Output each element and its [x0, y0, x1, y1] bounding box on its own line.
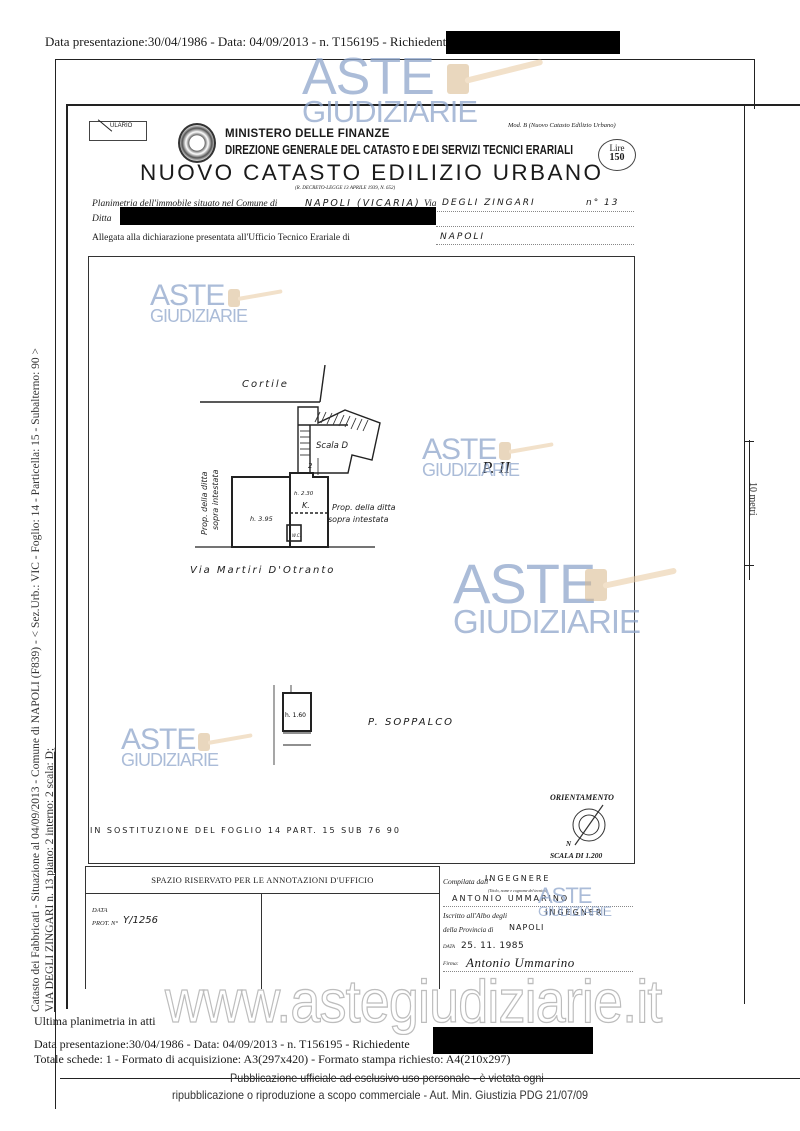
footer-disclaimer2: ripubblicazione o riproduzione a scopo c…	[172, 1088, 588, 1102]
footer-line1: Data presentazione:30/04/1986 - Data: 04…	[34, 1037, 410, 1052]
decree-label: (R. DECRETO-LEGGE 13 APRILE 1939, N. 652…	[295, 186, 395, 191]
scale-label: SCALA DI 1.200	[550, 851, 602, 860]
compiler-name-underline	[443, 906, 633, 907]
prop-left-2: sopra intestata	[211, 469, 220, 530]
civico-value: 13	[604, 198, 619, 208]
watermark-top: ASTE GIUDIZIARIE	[302, 55, 477, 126]
via-value: DEGLI ZINGARI	[442, 198, 536, 208]
ufficio-value: NAPOLI	[440, 232, 485, 242]
prop-left-1: Prop. della ditta	[200, 471, 209, 535]
firma-label: Firma:	[443, 961, 459, 967]
room-k-label: K.	[302, 501, 310, 510]
compiler-note: (Titolo, nome e cognome del tecnico)	[488, 888, 547, 893]
wc-label: W.C.	[292, 533, 301, 538]
soppalco-height: h. 1.60	[285, 712, 306, 719]
cortile-label: Cortile	[242, 379, 289, 390]
ditta-underline	[436, 226, 634, 227]
compass-north: N	[566, 840, 571, 848]
footer-disclaimer1: Pubblicazione ufficiale ad esclusivo uso…	[230, 1071, 544, 1085]
sostituzione-note: IN SOSTITUZIONE DEL FOGLIO 14 PART. 15 S…	[90, 826, 401, 835]
annotations-data-label: DATA	[92, 907, 108, 914]
sheet-border-top	[55, 59, 755, 60]
redacted-requester	[446, 31, 620, 54]
annotations-title: SPAZIO RISERVATO PER LE ANNOTAZIONI D'UF…	[86, 875, 439, 885]
civico-label: n°	[586, 198, 600, 208]
model-label: Mod. B (Nuovo Catasto Edilizio Urbano)	[508, 122, 616, 129]
floor-label: P. II	[482, 458, 510, 478]
prop-right-2: sopra intestata	[328, 515, 389, 524]
price-stamp: Lire 150	[598, 139, 636, 171]
gavel-icon	[445, 60, 555, 120]
footer-ultima: Ultima planimetria in atti	[34, 1014, 156, 1029]
provincia-value: NAPOLI	[509, 923, 544, 932]
directorate-label: DIREZIONE GENERALE DEL CATASTO E DEI SER…	[225, 143, 573, 157]
form-border-right	[744, 104, 745, 1004]
iscritto-label: Iscritto all'Albo degli	[443, 911, 507, 920]
orientamento-label: ORIENTAMENTO	[550, 793, 614, 802]
street-label: Via Martiri D'Otranto	[190, 565, 335, 576]
compiler-name: ANTONIO UMMARINO	[452, 894, 569, 903]
soppalco-label: P. SOPPALCO	[368, 717, 454, 728]
compiler-date: 25. 11. 1985	[461, 941, 524, 951]
compass-icon	[565, 803, 615, 849]
redacted-owner	[120, 207, 436, 225]
header-line: Data presentazione:30/04/1986 - Data: 04…	[45, 34, 452, 50]
provincia-label: della Provincia di	[443, 926, 493, 934]
republic-emblem-icon	[178, 123, 216, 163]
scala-label: Scala D	[316, 441, 349, 451]
room-height-left: h. 3.95	[250, 515, 273, 523]
allegata-underline	[436, 244, 634, 245]
redacted-footer-requester	[433, 1027, 593, 1054]
albo-value: INGEGNERI	[545, 908, 608, 917]
annotations-prot-value: Y/1256	[123, 915, 158, 926]
ruler-tick-bottom	[745, 565, 754, 566]
firma-underline	[443, 971, 633, 972]
side-text-line1: Catasto dei Fabbricati - Situazione al 0…	[30, 348, 42, 1012]
prop-right-1: Prop. della ditta	[332, 503, 396, 512]
compiler-data-label: DATA	[443, 945, 455, 950]
soppalco-plan: h. 1.60	[258, 685, 318, 765]
annotations-box: SPAZIO RISERVATO PER LE ANNOTAZIONI D'UF…	[85, 866, 440, 989]
form-title: NUOVO CATASTO EDILIZIO URBANO	[140, 160, 603, 186]
sheet-border-right	[754, 59, 755, 109]
floor-plan: Cortile Scala D h. 3.95 h. 2.30 K. W.C. …	[180, 365, 440, 585]
annotations-prot-label: PROT. N°	[92, 920, 118, 927]
ruler-label: 10 metri	[747, 482, 758, 516]
form-border-top	[66, 104, 800, 106]
side-text-line2: VIA DEGLI ZINGARI n. 13 piano: 2 interno…	[44, 748, 56, 1012]
footer-line2: Totale schede: 1 - Formato di acquisizio…	[34, 1052, 510, 1067]
compiler-label: Compilata dall'	[443, 877, 490, 886]
stair-mark: 2	[308, 462, 313, 470]
ditta-label: Ditta	[92, 214, 112, 224]
compiler-qualifica: INGEGNERE	[485, 874, 550, 883]
ministry-label: MINISTERO DELLE FINANZE	[225, 128, 390, 140]
ruler-tick-top	[745, 441, 754, 442]
form-border-left	[66, 104, 68, 1009]
room-height-k: h. 2.30	[294, 491, 314, 497]
stamp-box: ULARIO	[89, 121, 147, 141]
firma-signature: Antonio Ummarino	[466, 955, 575, 971]
allegata-label: Allegata alla dichiarazione presentata a…	[92, 233, 350, 243]
